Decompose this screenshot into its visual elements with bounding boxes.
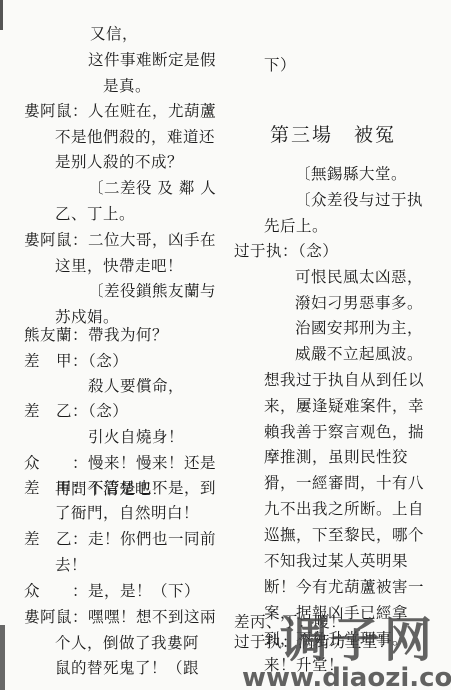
script-line: 这里，快帶走吧！ xyxy=(55,256,183,276)
script-line: 〔二差役 及 鄰 人 xyxy=(88,178,216,198)
script-line: 威嚴不立起風波。 xyxy=(295,344,423,364)
script-line: 賴我善于察言观色，揣 xyxy=(264,422,424,442)
page-edge-mark xyxy=(0,0,3,30)
script-line: 〔差役鎖熊友蘭与 xyxy=(88,281,216,301)
script-line: 差 乙：（念） xyxy=(24,401,128,421)
script-line: 来，屢逢疑难案件，幸 xyxy=(264,396,424,416)
watermark-site-name: 调子网 xyxy=(280,615,451,665)
script-line: 差 甲：（念） xyxy=(24,351,128,371)
script-line: 摩推測，虽則民性狡 xyxy=(264,447,408,467)
scanned-script-page: 又信，这件事难断定是假是真。婁阿鼠：人在赃在，尤葫蘆不是他們殺的，难道还是别人殺… xyxy=(0,0,451,690)
script-line: 可恨民風太凶惡， xyxy=(295,267,423,287)
script-line: 断！今有尤葫蘆被害一 xyxy=(264,577,424,597)
script-line: 这件事难断定是假 xyxy=(88,50,216,70)
script-line: 不知我过某人英明果 xyxy=(264,551,408,571)
script-line: 又信， xyxy=(90,24,138,44)
script-line: 熊友蘭：帶我为何？ xyxy=(24,325,168,345)
watermark-url: www.diaozi.com xyxy=(242,665,451,690)
script-line: 〔众差役与过于执 xyxy=(295,190,423,210)
script-line: 是别人殺的不成？ xyxy=(55,152,183,172)
script-line: 不是他們殺的，难道还 xyxy=(55,127,215,147)
script-line: 婁阿鼠：二位大哥，凶手在 xyxy=(24,230,216,250)
script-line: 了衙門，自然明白！ xyxy=(55,503,199,523)
script-line: 治國安邦刑为主， xyxy=(295,318,423,338)
script-line: 下） xyxy=(264,55,296,75)
script-line: 潑妇刁男惡事多。 xyxy=(295,293,423,313)
script-line: 过于执：（念） xyxy=(234,241,338,261)
script-line: 鼠的替死鬼了！（跟 xyxy=(55,658,199,678)
watermark: 调子网 www.diaozi.com xyxy=(268,615,451,690)
script-line: 引火自燒身！ xyxy=(88,427,184,447)
scene-title: 第三場 被冤 xyxy=(270,125,396,145)
script-line: 差 甲：不管是也不是，到 xyxy=(24,478,216,498)
script-line: 婁阿鼠：嘿嘿！想不到这兩 xyxy=(24,607,216,627)
script-line: 巡撫，下至黎民，哪个 xyxy=(264,525,424,545)
script-line: 婁阿鼠：人在赃在，尤葫蘆 xyxy=(24,101,216,121)
script-line: 是真。 xyxy=(103,76,151,96)
script-line: 九不出我之所断。上自 xyxy=(264,499,424,519)
script-line: 去！ xyxy=(55,555,87,575)
script-line: 苏戍娟。 xyxy=(55,307,119,327)
script-line: 乙、丁上。 xyxy=(55,204,135,224)
script-line: 殺人要償命， xyxy=(88,376,184,396)
script-line: 众 ：慢来！慢来！还是 xyxy=(24,453,216,473)
script-line: 猾，一經審問，十有八 xyxy=(264,473,424,493)
script-line: 想我过于执自从到任以 xyxy=(264,370,424,390)
page-edge-mark xyxy=(0,625,5,690)
script-line: 先后上。 xyxy=(264,216,328,236)
script-line: 差 乙：走！你們也一同前 xyxy=(24,529,216,549)
script-line: 个人，倒做了我婁阿 xyxy=(55,633,199,653)
script-line: 众 ：是，是！（下） xyxy=(24,581,200,601)
script-line: 〔無錫縣大堂。 xyxy=(295,164,407,184)
